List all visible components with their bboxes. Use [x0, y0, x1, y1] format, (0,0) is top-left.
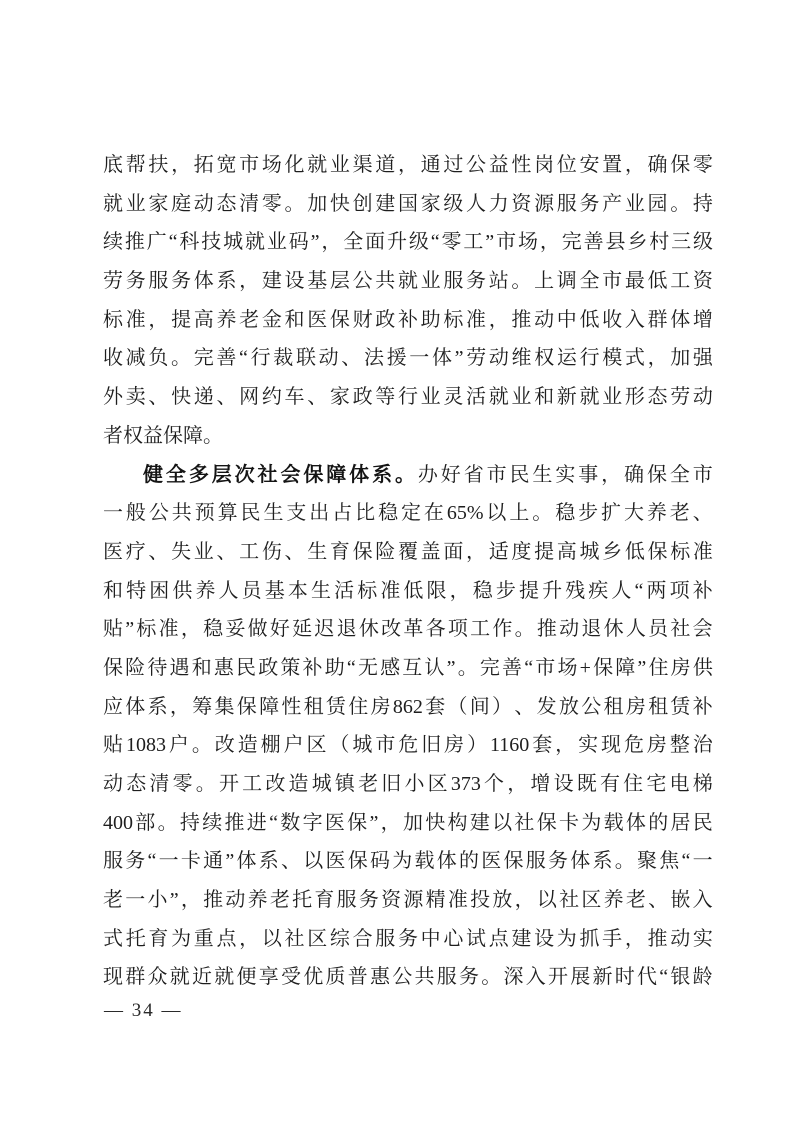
- text-glyph: 服: [375, 920, 395, 959]
- text-glyph: 业: [267, 223, 287, 262]
- text-glyph: 两: [647, 572, 667, 611]
- text-glyph: ”: [170, 881, 179, 920]
- text-glyph: 生: [532, 456, 552, 495]
- text-glyph: 财: [353, 301, 373, 340]
- text-glyph: 赁: [326, 688, 346, 727]
- text-glyph: 人: [611, 572, 631, 611]
- text-glyph: 运: [557, 339, 577, 378]
- text-glyph: 服: [526, 842, 546, 881]
- text-glyph: 托: [292, 881, 312, 920]
- text-glyph: 社: [285, 920, 305, 959]
- text-glyph: 造: [289, 765, 309, 804]
- text-glyph: “: [169, 223, 178, 262]
- text-glyph: 盖: [421, 533, 441, 572]
- text-glyph: 资: [693, 262, 713, 301]
- text-glyph: 保: [647, 456, 667, 495]
- text-glyph: 投: [470, 881, 490, 920]
- text-glyph: 场: [262, 146, 282, 185]
- text-glyph: 体: [570, 842, 590, 881]
- text-glyph: 裁: [273, 339, 293, 378]
- text-line: 老一小”，推动养老托育服务资源精准投放，以社区养老、嵌入: [103, 881, 713, 920]
- text-glyph: ，: [648, 339, 668, 378]
- text-glyph: 休: [604, 610, 624, 649]
- text-glyph: 试: [466, 920, 486, 959]
- document-page: 底帮扶，拓宽市场化就业渠道，通过公益性岗位安置，确保零就业家庭动态清零。加快创建…: [0, 0, 793, 1122]
- text-glyph: 赁: [670, 688, 690, 727]
- text-glyph: 动: [103, 765, 123, 804]
- text-glyph: 、: [281, 842, 301, 881]
- text-glyph: 扶: [148, 146, 168, 185]
- text-glyph: 贴: [103, 610, 123, 649]
- text-glyph: 伤: [262, 533, 282, 572]
- text-glyph: 入: [625, 301, 645, 340]
- text-glyph: 、: [341, 339, 361, 378]
- text-glyph: +: [580, 649, 591, 688]
- text-glyph: 受: [281, 958, 301, 997]
- text-glyph: 完: [562, 223, 582, 262]
- text-glyph: 家: [148, 185, 168, 224]
- text-glyph: “: [682, 842, 691, 881]
- bold-run-in-heading: 保: [303, 456, 323, 495]
- text-glyph: 综: [330, 920, 350, 959]
- bold-run-in-heading: 。: [395, 456, 415, 495]
- text-glyph: 手: [602, 920, 622, 959]
- text-glyph: 清: [149, 765, 169, 804]
- text-glyph: 低: [648, 262, 668, 301]
- text-glyph: 城: [579, 533, 599, 572]
- text-glyph: 提: [519, 572, 539, 611]
- text-glyph: 外: [103, 378, 123, 417]
- text-glyph: ”: [485, 223, 494, 262]
- text-glyph: 动: [534, 301, 554, 340]
- text-glyph: 国: [398, 185, 418, 224]
- text-glyph: 医: [307, 301, 327, 340]
- text-glyph: 保: [163, 417, 183, 456]
- text-glyph: 层: [330, 262, 350, 301]
- text-glyph: ，: [181, 881, 201, 920]
- text-glyph: 改: [215, 726, 235, 765]
- text-glyph: 性: [281, 688, 301, 727]
- text-glyph: 加: [670, 339, 690, 378]
- text-glyph: 生: [263, 494, 283, 533]
- text-glyph: 住: [648, 649, 668, 688]
- text-glyph: 便: [237, 958, 257, 997]
- text-glyph: 一: [409, 339, 429, 378]
- text-glyph: 定: [401, 494, 421, 533]
- text-glyph: 形: [625, 378, 645, 417]
- text-glyph: 体: [125, 688, 145, 727]
- text-line: 就业家庭动态清零。加快创建国家级人力资源服务产业园。持: [103, 185, 713, 224]
- text-glyph: 道: [375, 146, 395, 185]
- text-glyph: 入: [693, 881, 713, 920]
- text-glyph: 上: [509, 494, 529, 533]
- text-glyph: 改: [381, 610, 401, 649]
- text-glyph: 适: [489, 533, 509, 572]
- text-glyph: 普: [348, 958, 368, 997]
- text-glyph: 间: [470, 688, 490, 727]
- text-glyph: 一: [159, 842, 179, 881]
- text-glyph: 务: [125, 842, 145, 881]
- text-glyph: 办: [418, 456, 438, 495]
- text-glyph: 保: [347, 804, 367, 843]
- text-glyph: 老: [626, 881, 646, 920]
- text-glyph: 建: [375, 185, 395, 224]
- text-glyph: 共: [415, 958, 435, 997]
- text-glyph: 推: [537, 610, 557, 649]
- text-glyph: 动: [225, 881, 245, 920]
- text-glyph: 性: [511, 146, 531, 185]
- text-glyph: 房: [671, 649, 691, 688]
- text-glyph: 快: [330, 185, 350, 224]
- text-glyph: 限: [427, 572, 447, 611]
- text-glyph: 共: [172, 494, 192, 533]
- text-glyph: 应: [103, 688, 123, 727]
- text-glyph: 善: [584, 223, 604, 262]
- text-glyph: 以: [486, 494, 506, 533]
- text-glyph: 负: [148, 339, 168, 378]
- text-glyph: 推: [648, 920, 668, 959]
- text-glyph: 面: [443, 533, 463, 572]
- text-glyph: 社: [559, 881, 579, 920]
- text-glyph: ，: [625, 920, 645, 959]
- text-glyph: 部: [135, 804, 155, 843]
- text-glyph: 务: [398, 920, 418, 959]
- text-glyph: 位: [557, 146, 577, 185]
- text-glyph: 。: [158, 804, 178, 843]
- text-glyph: 就: [170, 958, 190, 997]
- text-glyph: 众: [148, 958, 168, 997]
- text-glyph: 创: [353, 185, 373, 224]
- text-glyph: “: [269, 804, 278, 843]
- text-glyph: 底: [103, 146, 123, 185]
- text-glyph: 育: [330, 533, 350, 572]
- bold-run-in-heading: 层: [212, 456, 232, 495]
- text-glyph: 低: [403, 572, 423, 611]
- text-glyph: 以: [303, 842, 323, 881]
- text-glyph: 准: [380, 572, 400, 611]
- text-glyph: 市: [693, 456, 713, 495]
- text-glyph: 快: [425, 804, 445, 843]
- text-glyph: 卡: [181, 842, 201, 881]
- text-glyph: 民: [693, 804, 713, 843]
- text-glyph: 区: [307, 920, 327, 959]
- text-glyph: 373: [451, 765, 481, 804]
- text-line: 动态清零。开工改造城镇老旧小区373个，增设既有住宅电梯: [103, 765, 713, 804]
- text-glyph: 码: [370, 842, 390, 881]
- text-glyph: 就: [398, 262, 418, 301]
- text-glyph: 和: [192, 649, 212, 688]
- text-glyph: 革: [403, 610, 423, 649]
- text-glyph: 感: [380, 649, 400, 688]
- text-glyph: 电: [670, 765, 690, 804]
- text-glyph: 旧: [421, 726, 441, 765]
- text-glyph: 准: [126, 301, 146, 340]
- text-glyph: 保: [670, 146, 690, 185]
- text-glyph: 、: [693, 494, 713, 533]
- text-glyph: 保: [103, 649, 123, 688]
- text-glyph: 城: [223, 223, 243, 262]
- text-glyph: （: [447, 688, 467, 727]
- text-glyph: 力: [489, 185, 509, 224]
- bold-run-in-heading: 会: [280, 456, 300, 495]
- text-glyph: 、: [285, 533, 305, 572]
- text-glyph: 面: [365, 223, 385, 262]
- text-glyph: 覆: [398, 533, 418, 572]
- text-glyph: 资: [511, 185, 531, 224]
- text-glyph: 业: [126, 185, 146, 224]
- text-glyph: 增: [693, 301, 713, 340]
- text-glyph: 退: [337, 610, 357, 649]
- text-glyph: ”: [311, 223, 320, 262]
- text-line: 保险待遇和惠民政策补助“无感互认”。完善“市场+保障”住房供: [103, 649, 713, 688]
- text-glyph: 法: [364, 339, 384, 378]
- text-glyph: 事: [578, 456, 598, 495]
- text-glyph: 障: [615, 649, 635, 688]
- text-glyph: 就: [214, 958, 234, 997]
- text-line: 健全多层次社会保障体系。办好省市民生实事，确保全市: [103, 456, 713, 495]
- text-glyph: 好: [270, 610, 290, 649]
- text-glyph: 和: [103, 572, 123, 611]
- text-glyph: 援: [387, 339, 407, 378]
- text-glyph: 维: [512, 339, 532, 378]
- text-glyph: 群: [125, 958, 145, 997]
- text-glyph: 本: [288, 572, 308, 611]
- text-glyph: 新: [557, 378, 577, 417]
- text-glyph: 卖: [126, 378, 146, 417]
- text-glyph: ，: [601, 456, 621, 495]
- text-glyph: 好: [441, 456, 461, 495]
- text-glyph: 通: [203, 842, 223, 881]
- text-glyph: 态: [216, 185, 236, 224]
- text-glyph: 零: [693, 146, 713, 185]
- text-glyph: 动: [693, 378, 713, 417]
- text-glyph: 危: [624, 726, 644, 765]
- text-glyph: ，: [171, 146, 191, 185]
- text-glyph: 强: [693, 339, 713, 378]
- text-glyph: 。: [511, 262, 531, 301]
- text-glyph: 老: [239, 301, 259, 340]
- text-glyph: 、: [148, 378, 168, 417]
- text-glyph: 、: [514, 688, 534, 727]
- text-glyph: ，: [466, 533, 486, 572]
- text-glyph: 推: [511, 301, 531, 340]
- text-glyph: 劳: [103, 262, 123, 301]
- text-glyph: 宅: [646, 765, 666, 804]
- text-glyph: 稳: [203, 610, 223, 649]
- text-glyph: 认: [424, 649, 444, 688]
- text-glyph: 零: [173, 765, 193, 804]
- text-glyph: 等: [375, 378, 395, 417]
- text-glyph: 构: [448, 804, 468, 843]
- bold-run-in-heading: 系: [372, 456, 392, 495]
- text-glyph: 遇: [170, 649, 190, 688]
- text-glyph: 、: [216, 378, 236, 417]
- text-glyph: 养: [248, 881, 268, 920]
- text-glyph: 动: [194, 185, 214, 224]
- text-line: 底帮扶，拓宽市场化就业渠道，通过公益性岗位安置，确保零: [103, 146, 713, 185]
- text-line: 现群众就近就便享受优质普惠公共服务。深入开展新时代“银龄: [103, 958, 713, 997]
- text-glyph: 社: [670, 610, 690, 649]
- text-glyph: 全: [670, 456, 690, 495]
- text-line: 续推广“科技城就业码”，全面升级“零工”市场，完善县乡村三级: [103, 223, 713, 262]
- text-glyph: 、: [148, 533, 168, 572]
- text-glyph: 医: [326, 842, 346, 881]
- text-glyph: 有: [600, 765, 620, 804]
- text-glyph: 金: [262, 301, 282, 340]
- text-glyph: 低: [579, 301, 599, 340]
- text-glyph: 工: [239, 533, 259, 572]
- text-glyph: 妥: [225, 610, 245, 649]
- text-glyph: 400: [103, 804, 133, 843]
- text-glyph: 市: [487, 456, 507, 495]
- text-glyph: ”: [369, 804, 378, 843]
- text-glyph: 加: [307, 185, 327, 224]
- text-glyph: 。: [481, 958, 501, 997]
- text-glyph: ”: [637, 649, 646, 688]
- text-glyph: 卡: [559, 804, 579, 843]
- text-glyph: 行: [398, 378, 418, 417]
- text-glyph: ，: [181, 610, 201, 649]
- text-glyph: 技: [201, 223, 221, 262]
- text-glyph: 载: [604, 804, 624, 843]
- text-glyph: 实: [578, 726, 598, 765]
- text-glyph: 危: [398, 726, 418, 765]
- text-glyph: 老: [270, 881, 290, 920]
- text-glyph: 合: [353, 920, 373, 959]
- text-glyph: 生: [311, 572, 331, 611]
- text-glyph: 推: [203, 881, 223, 920]
- text-glyph: 级: [409, 223, 429, 262]
- text-glyph: 入: [526, 958, 546, 997]
- text-glyph: 医: [103, 533, 123, 572]
- text-glyph: 零: [262, 185, 282, 224]
- text-glyph: ，: [450, 572, 470, 611]
- text-glyph: “: [659, 958, 668, 997]
- text-glyph: 务: [459, 958, 479, 997]
- text-glyph: 体: [670, 301, 690, 340]
- text-glyph: 医: [325, 804, 345, 843]
- text-glyph: 延: [292, 610, 312, 649]
- text-glyph: 字: [303, 804, 323, 843]
- text-glyph: 业: [511, 378, 531, 417]
- text-glyph: 保: [348, 842, 368, 881]
- text-glyph: 动: [670, 920, 690, 959]
- text-glyph: 态: [648, 378, 668, 417]
- text-glyph: 系: [148, 688, 168, 727]
- text-glyph: 既: [577, 765, 597, 804]
- text-glyph: 科: [179, 223, 199, 262]
- text-glyph: 供: [693, 649, 713, 688]
- text-glyph: 质: [326, 958, 346, 997]
- text-glyph: 托: [126, 920, 146, 959]
- text-glyph: 社: [514, 804, 534, 843]
- text-glyph: 棚: [261, 726, 281, 765]
- text-glyph: 标: [443, 301, 463, 340]
- text-glyph: 区: [581, 881, 601, 920]
- text-glyph: 源: [534, 185, 554, 224]
- text-glyph: 提: [171, 301, 191, 340]
- text-glyph: 标: [103, 301, 123, 340]
- text-glyph: 基: [307, 262, 327, 301]
- text-glyph: 行: [251, 339, 271, 378]
- text-glyph: 服: [103, 842, 123, 881]
- text-glyph: 准: [693, 533, 713, 572]
- text-glyph: 现: [103, 958, 123, 997]
- text-glyph: 退: [581, 610, 601, 649]
- text-glyph: 化: [285, 146, 305, 185]
- text-glyph: 设: [554, 765, 574, 804]
- text-glyph: 。: [203, 417, 223, 456]
- text-glyph: 续: [202, 804, 222, 843]
- text-glyph: 保: [330, 301, 350, 340]
- text-glyph: 的: [648, 804, 668, 843]
- text-glyph: 862: [393, 688, 423, 727]
- text-glyph: 乡: [602, 533, 622, 572]
- text-glyph: 标: [357, 572, 377, 611]
- text-glyph: 务: [466, 262, 486, 301]
- text-glyph: 房: [626, 688, 646, 727]
- text-glyph: 做: [248, 610, 268, 649]
- text-glyph: ”: [225, 842, 234, 881]
- text-glyph: 行: [580, 339, 600, 378]
- text-glyph: ，: [625, 146, 645, 185]
- text-line: 标准，提高养老金和医保财政补助标准，推动中低收入群体增: [103, 301, 713, 340]
- text-glyph: 作: [492, 610, 512, 649]
- text-glyph: 现: [601, 726, 621, 765]
- text-glyph: 全: [343, 223, 363, 262]
- text-glyph: 套: [425, 688, 445, 727]
- text-glyph: 房: [647, 726, 667, 765]
- text-glyph: 场: [518, 223, 538, 262]
- text-glyph: 休: [359, 610, 379, 649]
- text-glyph: 步: [578, 494, 598, 533]
- text-glyph: 镇: [335, 765, 355, 804]
- text-glyph: 载: [415, 842, 435, 881]
- text-glyph: 项: [670, 572, 690, 611]
- text-glyph: 深: [504, 958, 524, 997]
- text-glyph: 者: [103, 417, 123, 456]
- text-glyph: 持: [693, 185, 713, 224]
- text-glyph: 中: [421, 920, 441, 959]
- text-glyph: 建: [470, 804, 490, 843]
- text-glyph: 优: [303, 958, 323, 997]
- text-glyph: ，: [515, 881, 535, 920]
- text-glyph: 民: [236, 649, 256, 688]
- text-glyph: 般: [126, 494, 146, 533]
- text-glyph: 拓: [194, 146, 214, 185]
- text-glyph: ）: [492, 688, 512, 727]
- text-glyph: 中: [557, 301, 577, 340]
- text-glyph: 活: [334, 572, 354, 611]
- text-glyph: 养: [216, 301, 236, 340]
- text-glyph: 的: [459, 842, 479, 881]
- text-glyph: 态: [126, 765, 146, 804]
- text-glyph: 数: [280, 804, 300, 843]
- text-glyph: 。: [515, 610, 535, 649]
- text-glyph: 城: [312, 765, 332, 804]
- text-glyph: 码: [289, 223, 309, 262]
- text-glyph: 联: [296, 339, 316, 378]
- text-glyph: ，: [239, 920, 259, 959]
- text-glyph: 实: [693, 920, 713, 959]
- text-glyph: 大: [624, 494, 644, 533]
- text-glyph: 低: [625, 533, 645, 572]
- text-glyph: 建: [262, 262, 282, 301]
- text-glyph: “: [635, 572, 644, 611]
- text-line: 贴”标准，稳妥做好延迟退休改革各项工作。推动退休人员社会: [103, 610, 713, 649]
- text-glyph: 工: [470, 610, 490, 649]
- text-glyph: 养: [647, 494, 667, 533]
